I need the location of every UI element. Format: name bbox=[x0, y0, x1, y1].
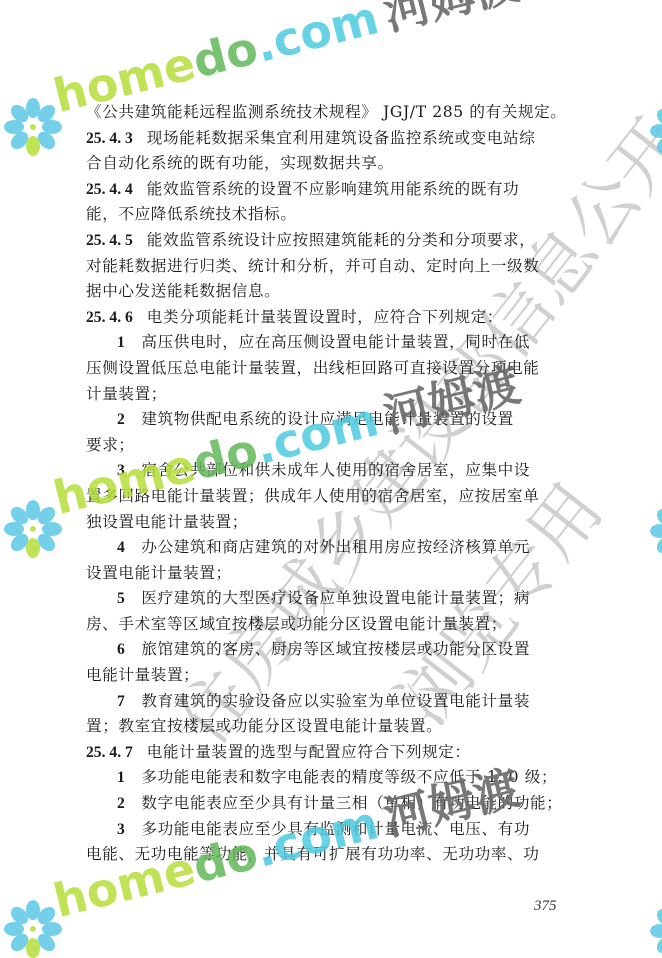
clause-number: 25. 4. 5 bbox=[86, 232, 133, 249]
text-line: 设置电能计量装置； bbox=[86, 561, 578, 587]
item-number: 2 bbox=[117, 795, 125, 812]
line-text: 房、手术室等区域宜按楼层或功能分区设置电能计量装置； bbox=[86, 615, 507, 633]
text-line: 据中心发送能耗数据信息。 bbox=[86, 279, 578, 305]
line-text: 电能计量装置； bbox=[86, 666, 199, 684]
line-text: 置多回路电能计量装置；供成年人使用的宿舍居室，应按居室单 bbox=[86, 487, 539, 505]
page-number: 375 bbox=[534, 898, 557, 915]
list-item-line: 2建筑物供配电系统的设计应满足电能计量装置的设置 bbox=[86, 407, 578, 433]
line-text: 多功能电能表应至少具有监测和计量电流、电压、有功 bbox=[141, 820, 530, 838]
line-text: 合自动化系统的既有功能，实现数据共享。 bbox=[86, 154, 394, 172]
text-line: 独设置电能计量装置； bbox=[86, 510, 578, 536]
line-text: 现场能耗数据采集宜利用建筑设备监控系统或变电站综 bbox=[147, 129, 536, 147]
text-line: 压侧设置低压总电能计量装置，出线柜回路可直接设置分项电能 bbox=[86, 356, 578, 382]
text-line: 能，不应降低系统技术指标。 bbox=[86, 202, 578, 228]
line-text: 高压供电时，应在高压侧设置电能计量装置，同时在低 bbox=[141, 333, 530, 351]
clause-number: 25. 4. 3 bbox=[86, 130, 133, 147]
text-line: 电能计量装置； bbox=[86, 663, 578, 689]
item-number: 3 bbox=[117, 462, 125, 479]
flower-logo-icon bbox=[648, 500, 662, 562]
item-number: 4 bbox=[117, 539, 125, 556]
brand-cn-text: 河姆渡 bbox=[378, 0, 525, 41]
text-line: 置多回路电能计量装置；供成年人使用的宿舍居室，应按居室单 bbox=[86, 484, 578, 510]
flower-logo-icon bbox=[648, 900, 662, 958]
item-number: 7 bbox=[117, 693, 125, 710]
clause-number: 25. 4. 7 bbox=[86, 744, 133, 761]
line-text: 宿舍公共部位和供未成年人使用的宿舍居室，应集中设 bbox=[141, 461, 530, 479]
text-line: 电能、无功电能等功能，并具有可扩展有功功率、无功功率、功 bbox=[86, 842, 578, 868]
line-text: 要求； bbox=[86, 436, 135, 454]
list-item-line: 3宿舍公共部位和供未成年人使用的宿舍居室，应集中设 bbox=[86, 458, 578, 484]
item-number: 2 bbox=[117, 411, 125, 428]
brand-com-text: .com bbox=[250, 0, 384, 73]
flower-logo-icon bbox=[2, 498, 64, 560]
line-text: 教育建筑的实验设备应以实验室为单位设置电能计量装 bbox=[141, 692, 530, 710]
line-text: 多功能电能表和数字电能表的精度等级不应低于 1. 0 级； bbox=[141, 768, 557, 786]
clause-line: 25. 4. 5能效监管系统设计应按照建筑能耗的分类和分项要求， bbox=[86, 228, 578, 254]
clause-number: 25. 4. 4 bbox=[86, 181, 133, 198]
text-line: 计量装置； bbox=[86, 382, 578, 408]
list-item-line: 6旅馆建筑的客房、厨房等区域宜按楼层或功能分区设置 bbox=[86, 637, 578, 663]
item-number: 3 bbox=[117, 821, 125, 838]
list-item-line: 1高压供电时，应在高压侧设置电能计量装置，同时在低 bbox=[86, 330, 578, 356]
line-text: 能，不应降低系统技术指标。 bbox=[86, 205, 297, 223]
list-item-line: 2数字电能表应至少具有计量三相（单相）有功电能的功能； bbox=[86, 791, 578, 817]
text-line: 置；教室宜按楼层或功能分区设置电能计量装置。 bbox=[86, 714, 578, 740]
line-text: 对能耗数据进行归类、统计和分析，并可自动、定时向上一级数 bbox=[86, 257, 539, 275]
item-number: 5 bbox=[117, 590, 125, 607]
text-line: 对能耗数据进行归类、统计和分析，并可自动、定时向上一级数 bbox=[86, 254, 578, 280]
line-text: 旅馆建筑的客房、厨房等区域宜按楼层或功能分区设置 bbox=[141, 640, 530, 658]
line-text: 设置电能计量装置； bbox=[86, 564, 232, 582]
line-text: 能效监管系统的设置不应影响建筑用能系统的既有功 bbox=[147, 180, 519, 198]
document-body: 《公共建筑能耗远程监测系统技术规程》 JGJ/T 285 的有关规定。25. 4… bbox=[86, 100, 578, 868]
clause-line: 25. 4. 6电类分项能耗计量装置设置时，应符合下列规定： bbox=[86, 305, 578, 331]
brand-do-text: do bbox=[187, 20, 263, 88]
list-item-line: 4办公建筑和商店建筑的对外出租用房应按经济核算单元 bbox=[86, 535, 578, 561]
line-text: 电类分项能耗计量装置设置时，应符合下列规定： bbox=[147, 308, 503, 326]
flower-logo-icon bbox=[648, 100, 662, 162]
item-number: 6 bbox=[117, 641, 125, 658]
line-text: 建筑物供配电系统的设计应满足电能计量装置的设置 bbox=[141, 410, 513, 428]
line-text: 计量装置； bbox=[86, 385, 167, 403]
line-text: 据中心发送能耗数据信息。 bbox=[86, 282, 280, 300]
text-line: 房、手术室等区域宜按楼层或功能分区设置电能计量装置； bbox=[86, 612, 578, 638]
line-text: 医疗建筑的大型医疗设备应单独设置电能计量装置；病 bbox=[141, 589, 530, 607]
line-text: 电能、无功电能等功能，并具有可扩展有功功率、无功功率、功 bbox=[86, 845, 539, 863]
line-text: 办公建筑和商店建筑的对外出租用房应按经济核算单元 bbox=[141, 538, 530, 556]
clause-line: 25. 4. 4能效监管系统的设置不应影响建筑用能系统的既有功 bbox=[86, 177, 578, 203]
list-item-line: 3多功能电能表应至少具有监测和计量电流、电压、有功 bbox=[86, 817, 578, 843]
line-text: 独设置电能计量装置； bbox=[86, 513, 248, 531]
item-number: 1 bbox=[117, 334, 125, 351]
line-text: 压侧设置低压总电能计量装置，出线柜回路可直接设置分项电能 bbox=[86, 359, 539, 377]
list-item-line: 5医疗建筑的大型医疗设备应单独设置电能计量装置；病 bbox=[86, 586, 578, 612]
flower-logo-icon bbox=[2, 96, 64, 158]
line-text: 电能计量装置的选型与配置应符合下列规定： bbox=[147, 743, 471, 761]
clause-line: 25. 4. 3现场能耗数据采集宜利用建筑设备监控系统或变电站综 bbox=[86, 126, 578, 152]
line-text: 能效监管系统设计应按照建筑能耗的分类和分项要求， bbox=[147, 231, 536, 249]
text-line: 《公共建筑能耗远程监测系统技术规程》 JGJ/T 285 的有关规定。 bbox=[86, 100, 578, 126]
list-item-line: 1多功能电能表和数字电能表的精度等级不应低于 1. 0 级； bbox=[86, 765, 578, 791]
text-line: 要求； bbox=[86, 433, 578, 459]
line-text: 置；教室宜按楼层或功能分区设置电能计量装置。 bbox=[86, 717, 442, 735]
line-text: 《公共建筑能耗远程监测系统技术规程》 JGJ/T 285 的有关规定。 bbox=[86, 103, 567, 121]
list-item-line: 7教育建筑的实验设备应以实验室为单位设置电能计量装 bbox=[86, 689, 578, 715]
document-page: 住房城乡建设部信息公开 浏览专用 《公共建筑能耗远程监测系统技术规程》 JGJ/… bbox=[0, 0, 662, 958]
item-number: 1 bbox=[117, 769, 125, 786]
text-line: 合自动化系统的既有功能，实现数据共享。 bbox=[86, 151, 578, 177]
line-text: 数字电能表应至少具有计量三相（单相）有功电能的功能； bbox=[141, 794, 562, 812]
clause-line: 25. 4. 7电能计量装置的选型与配置应符合下列规定： bbox=[86, 740, 578, 766]
flower-logo-icon bbox=[2, 898, 64, 958]
clause-number: 25. 4. 6 bbox=[86, 309, 133, 326]
